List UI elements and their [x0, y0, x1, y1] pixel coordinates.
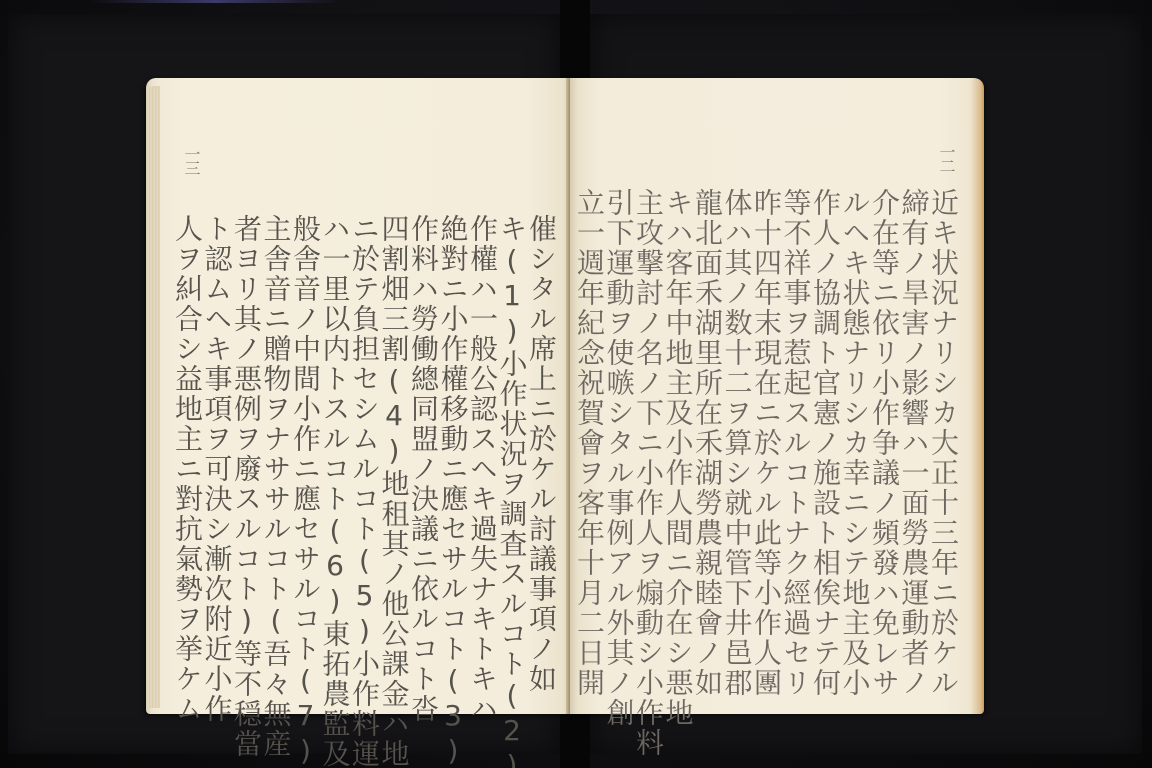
text-column: キ(1)小作状況ヲ調査スルコト(2)小 — [497, 214, 527, 684]
light-reflection — [90, 0, 340, 3]
text-column: 龍北面禾湖里所在禾湖勞農親睦會ノ如 — [693, 188, 723, 668]
text-column: 近キ状況ナリシカ大正十三年ニ於ケル — [929, 188, 959, 668]
text-column: 作權ハ一般公認スヘキ過失ナキトキハ — [468, 214, 498, 684]
text-column: 般舎音ノ中間小作ニ應セサルコト(7)地 — [291, 214, 321, 684]
text-column: 締有ノ旱害ノ影響ハ一面勞農運動者ノ — [899, 188, 929, 668]
text-column: 主舎音ニ贈物ヲナササルコト(吾々無産 — [261, 214, 291, 684]
left-page: 一三 催シタル席上ニ於ケル討議事項ノ如 キ(1)小作状況ヲ調査スルコト(2)小 … — [146, 78, 570, 714]
left-page-text: 催シタル席上ニ於ケル討議事項ノ如 キ(1)小作状況ヲ調査スルコト(2)小 作權ハ… — [173, 214, 557, 684]
text-column: 等不祥事ヲ惹起スルコトナク經過セリ — [781, 188, 811, 668]
right-page-number: 一二 — [935, 144, 958, 172]
text-column: キハ客年中地主及小作人間ニ介在シ悪地 — [663, 188, 693, 668]
text-column: 催シタル席上ニ於ケル討議事項ノ如 — [527, 214, 557, 684]
text-column: 引下運動ヲ使嗾シタル事例アル外其ノ創 — [604, 188, 634, 668]
right-page-text: 近キ状況ナリシカ大正十三年ニ於ケル 締有ノ旱害ノ影響ハ一面勞農運動者ノ 介在等ニ… — [575, 188, 959, 668]
text-column: 介在等ニ依リ小作争議ノ頻發ハ免レサ — [870, 188, 900, 668]
text-column: 主攻撃討ノ名ノ下ニ小作人ヲ煽動シ小作料 — [634, 188, 664, 668]
text-column: ニ於テ負担セシムルコト(5)小作料運搬 — [350, 214, 380, 684]
text-column: 作人ノ協調ト官憲ノ施設ト相俟ナテ何 — [811, 188, 841, 668]
text-column: ハ一里以内トスルコト(6)東拓農監及一 — [320, 214, 350, 684]
text-column: 立一週年紀念祝賀會ヲ客年十月二日開 — [575, 188, 605, 668]
text-column: 四割畑三割(4)地租其ノ他公課金ハ地主 — [379, 214, 409, 684]
left-page-number: 一三 — [180, 146, 203, 174]
text-column: ルヘキ状態ナリシカ幸ニシテ地主及小 — [840, 188, 870, 668]
text-column: 作料ハ勞働總同盟ノ決議ニ依ルコト沓 — [409, 214, 439, 684]
text-column: 昨十四年末現在ニ於ケル此等小作人團 — [752, 188, 782, 668]
text-column: 体ハ其ノ数十二ヲ算シ就中管下井邑郡 — [722, 188, 752, 668]
text-column: ト認ムヘキ事項ヲ可決シ漸次附近小作 — [202, 214, 232, 684]
text-column: 絶對ニ小作權移動ニ應セサルコト(3)小 — [438, 214, 468, 684]
text-column: 人ヲ糾合シ益地主ニ對抗氣勢ヲ挙ケム — [173, 214, 203, 684]
open-manuscript-book: 一三 催シタル席上ニ於ケル討議事項ノ如 キ(1)小作状況ヲ調査スルコト(2)小 … — [146, 78, 988, 714]
text-column: 者ヨリ其ノ悪例ヲ廢スルコト)等不穏當 — [232, 214, 262, 684]
right-page: 一二 近キ状況ナリシカ大正十三年ニ於ケル 締有ノ旱害ノ影響ハ一面勞農運動者ノ 介… — [570, 78, 984, 714]
